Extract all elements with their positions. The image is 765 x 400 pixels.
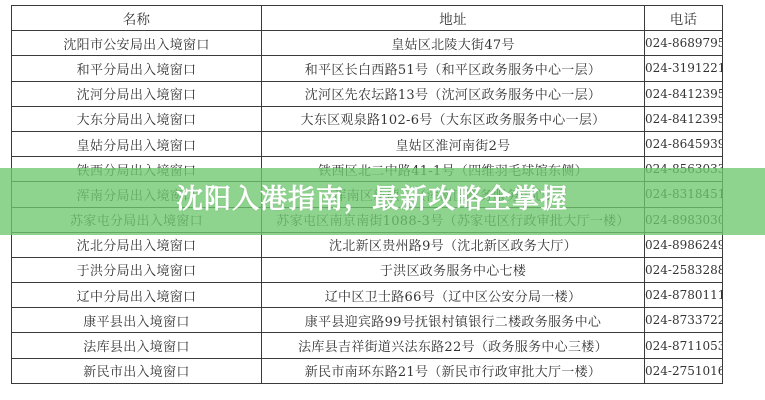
office-phone: 024-86897952: [645, 31, 723, 56]
office-address: 新民市南环东路21号（新民市行政审批大厅一楼）: [262, 358, 645, 383]
office-address: 辽中区卫士路66号（辽中区公安分局一楼）: [262, 283, 645, 308]
banner-title: 沈阳入港指南，最新攻略全掌握: [176, 177, 568, 216]
office-phone: 024-87110535: [645, 333, 723, 358]
office-address: 皇姑区淮河南街2号: [262, 131, 645, 156]
office-address: 于洪区政务服务中心七楼: [262, 257, 645, 282]
office-name: 沈河分局出入境窗口: [12, 81, 262, 106]
office-address: 法库县吉祥街道兴法东路22号（政务服务中心三楼）: [262, 333, 645, 358]
office-name: 辽中分局出入境窗口: [12, 283, 262, 308]
office-phone: 024-25832887: [645, 257, 723, 282]
office-name: 新民市出入境窗口: [12, 358, 262, 383]
header-phone: 电话: [645, 6, 723, 31]
office-name: 沈阳市公安局出入境窗口: [12, 31, 262, 56]
office-name: 康平县出入境窗口: [12, 308, 262, 333]
office-phone: 024-84123955: [645, 81, 723, 106]
office-name: 皇姑分局出入境窗口: [12, 131, 262, 156]
table-row: 法库县出入境窗口 法库县吉祥街道兴法东路22号（政务服务中心三楼） 024-87…: [12, 333, 723, 358]
office-address: 皇姑区北陵大街47号: [262, 31, 645, 56]
table-row: 康平县出入境窗口 康平县迎宾路99号抚银村镇银行二楼政务服务中心 024-873…: [12, 308, 723, 333]
table-row: 和平分局出入境窗口 和平区长白西路51号（和平区政务服务中心一层） 024-31…: [12, 56, 723, 81]
table-row: 辽中分局出入境窗口 辽中区卫士路66号（辽中区公安分局一楼） 024-87801…: [12, 283, 723, 308]
table-row: 新民市出入境窗口 新民市南环东路21号（新民市行政审批大厅一楼） 024-275…: [12, 358, 723, 383]
office-phone: 024-86459390: [645, 131, 723, 156]
office-address: 沈河区先农坛路13号（沈河区政务服务中心一层）: [262, 81, 645, 106]
header-address: 地址: [262, 6, 645, 31]
office-phone: 024-31912210: [645, 56, 723, 81]
table-row: 沈阳市公安局出入境窗口 皇姑区北陵大街47号 024-86897952: [12, 31, 723, 56]
table-row: 于洪分局出入境窗口 于洪区政务服务中心七楼 024-25832887: [12, 257, 723, 282]
table-row: 沈河分局出入境窗口 沈河区先农坛路13号（沈河区政务服务中心一层） 024-84…: [12, 81, 723, 106]
header-name: 名称: [12, 6, 262, 31]
table-row: 皇姑分局出入境窗口 皇姑区淮河南街2号 024-86459390: [12, 131, 723, 156]
table-row: 大东分局出入境窗口 大东区观泉路102-6号（大东区政务服务中心一层） 024-…: [12, 106, 723, 131]
office-name: 法库县出入境窗口: [12, 333, 262, 358]
office-name: 于洪分局出入境窗口: [12, 257, 262, 282]
table-row: 沈北分局出入境窗口 沈北新区贵州路9号（沈北新区政务大厅） 024-898624…: [12, 232, 723, 257]
office-address: 大东区观泉路102-6号（大东区政务服务中心一层）: [262, 106, 645, 131]
office-name: 沈北分局出入境窗口: [12, 232, 262, 257]
office-name: 和平分局出入境窗口: [12, 56, 262, 81]
office-address: 康平县迎宾路99号抚银村镇银行二楼政务服务中心: [262, 308, 645, 333]
office-address: 和平区长白西路51号（和平区政务服务中心一层）: [262, 56, 645, 81]
office-address: 沈北新区贵州路9号（沈北新区政务大厅）: [262, 232, 645, 257]
office-phone: 024-89862490: [645, 232, 723, 257]
office-phone: 024-27510168: [645, 358, 723, 383]
office-phone: 024-87801110: [645, 283, 723, 308]
table-header-row: 名称 地址 电话: [12, 6, 723, 31]
office-phone: 024-84123955: [645, 106, 723, 131]
office-name: 大东分局出入境窗口: [12, 106, 262, 131]
office-phone: 024-87337220: [645, 308, 723, 333]
